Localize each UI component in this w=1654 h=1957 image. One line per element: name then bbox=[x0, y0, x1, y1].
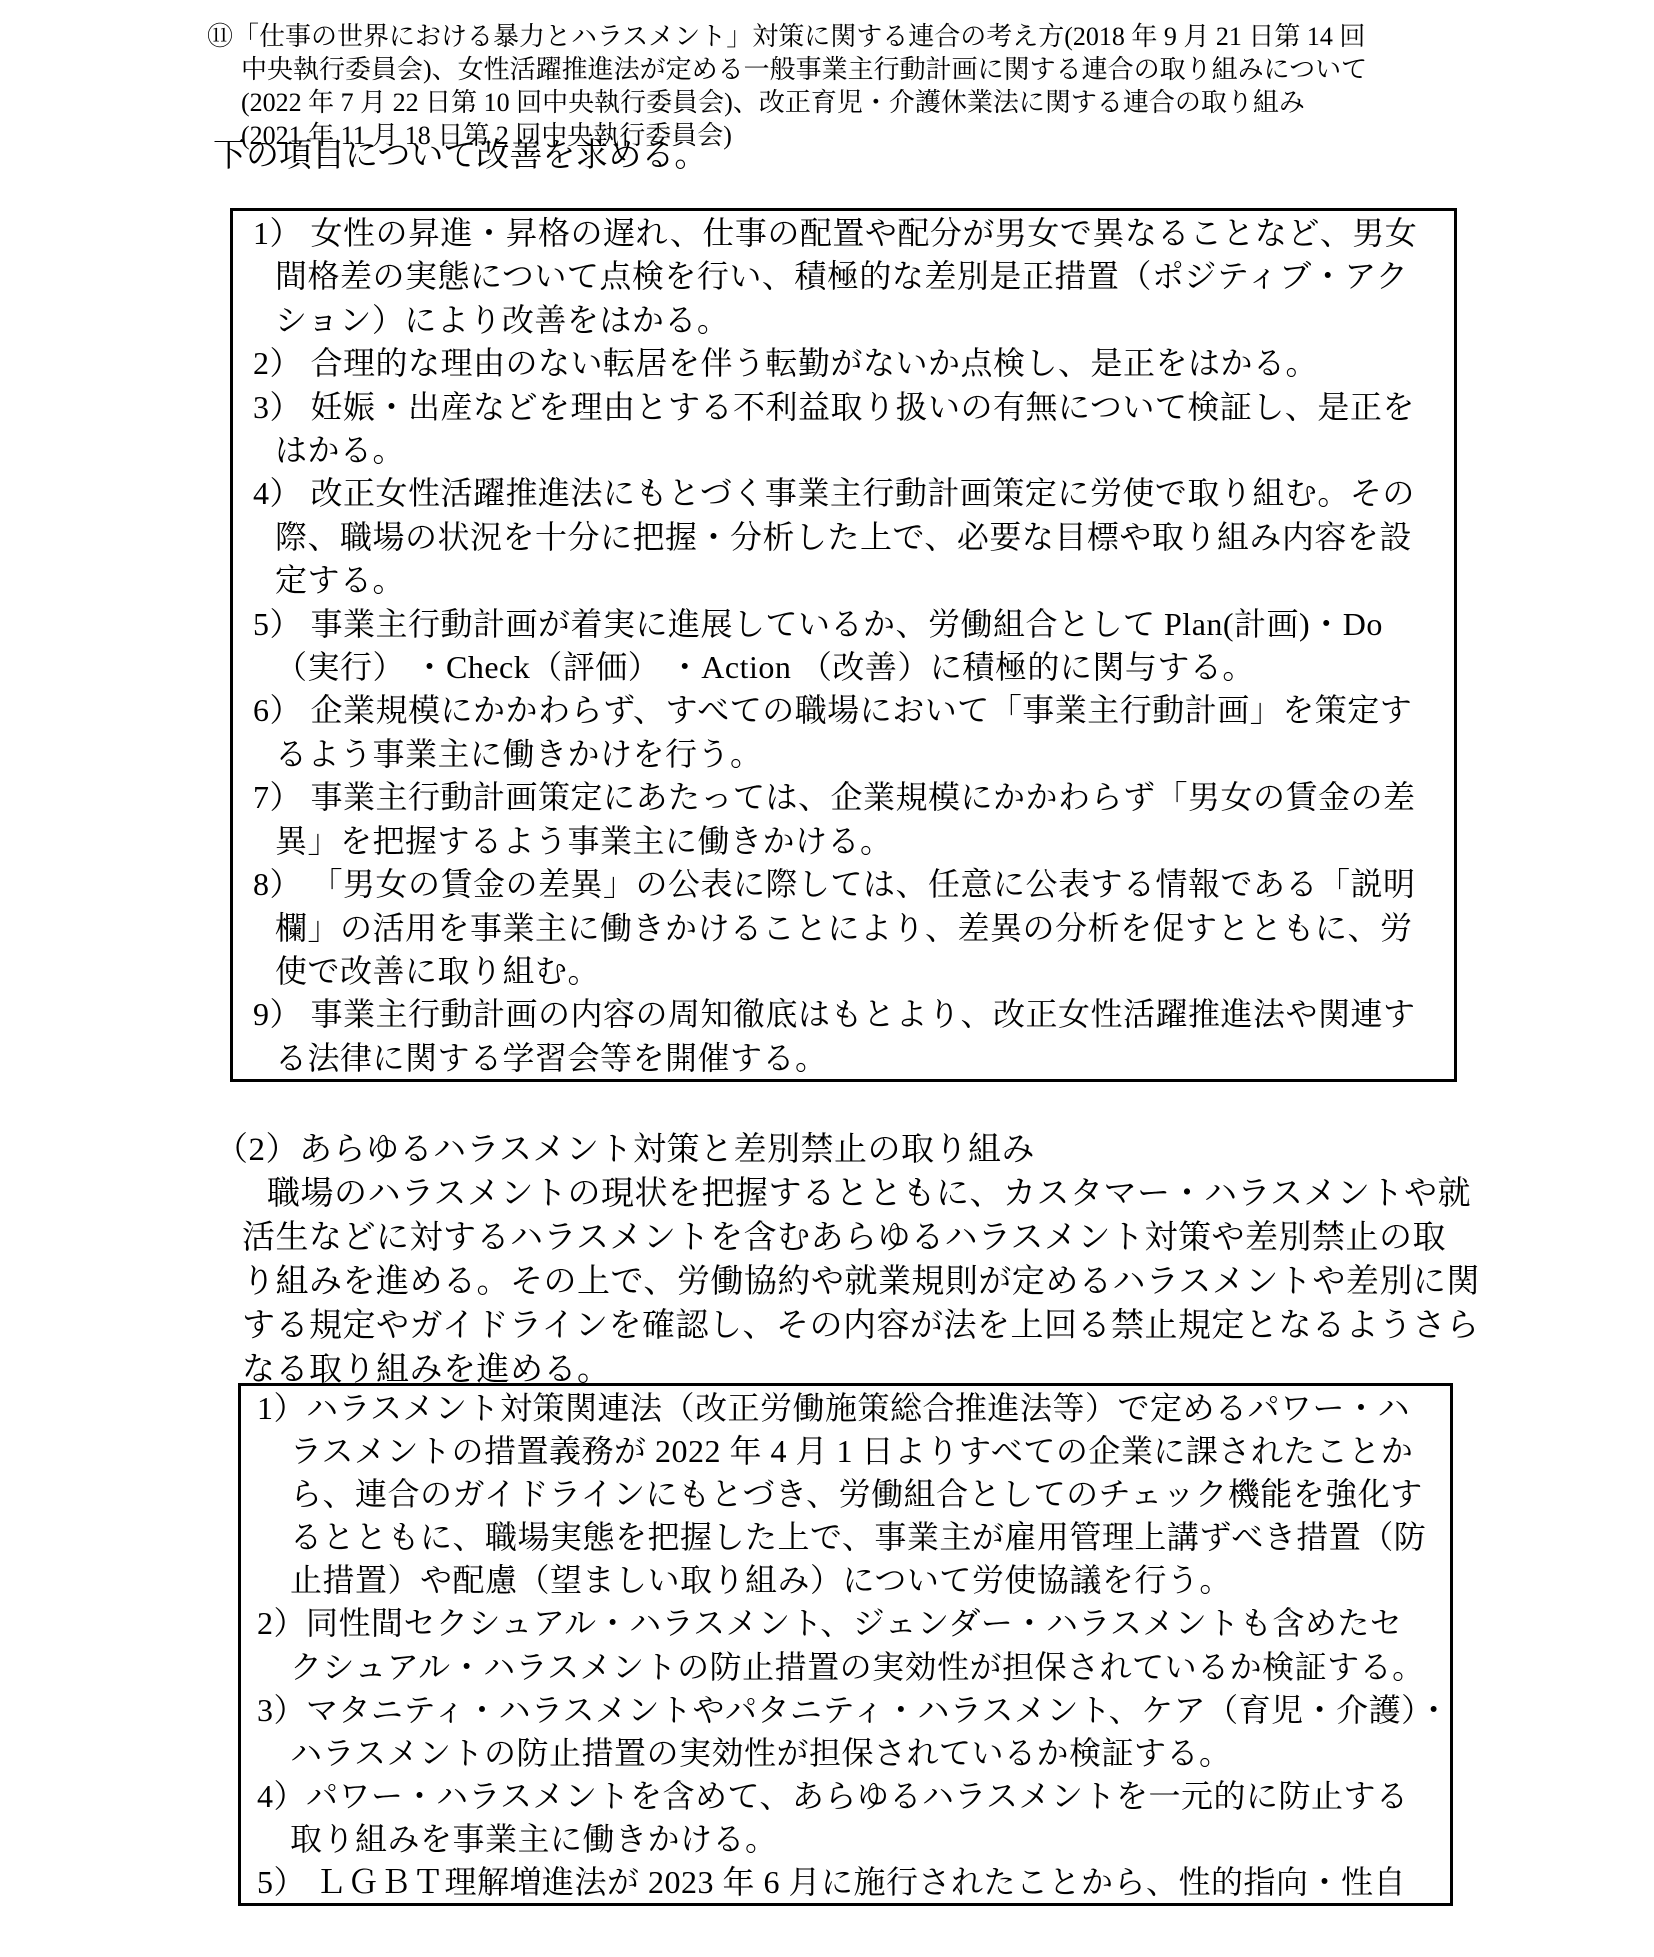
section-2-paragraph-line: り組みを進める。その上で、労働協約や就業規則が定めるハラスメントや差別に関 bbox=[242, 1260, 1480, 1304]
lead-sentence: 下の項目について改善を求める。 bbox=[213, 134, 707, 178]
box1-line: 2） 合理的な理由のない転居を伴う転勤がないか点検し、是正をはかる。 bbox=[253, 342, 1446, 385]
header-note-line: 中央執行委員会)、女性活躍推進法が定める一般事業主行動計画に関する連合の取り組み… bbox=[241, 53, 1367, 86]
box1-line: 使で改善に取り組む。 bbox=[253, 950, 1446, 993]
box1-line: 3） 妊娠・出産などを理由とする不利益取り扱いの有無について検証し、是正を bbox=[253, 386, 1446, 429]
box1-line: 7） 事業主行動計画策定にあたっては、企業規模にかかわらず「男女の賃金の差 bbox=[253, 776, 1446, 819]
box1-line: 欄」の活用を事業主に働きかけることにより、差異の分析を促すとともに、労 bbox=[253, 907, 1446, 950]
box2-line: ら、連合のガイドラインにもとづき、労働組合としてのチェック機能を強化す bbox=[257, 1473, 1444, 1516]
improvement-items-box: 1） 女性の昇進・昇格の遅れ、仕事の配置や配分が男女で異なることなど、男女 間格… bbox=[230, 208, 1457, 1082]
box2-line: るとともに、職場実態を把握した上で、事業主が雇用管理上講ずべき措置（防 bbox=[257, 1516, 1444, 1559]
section-2-paragraph-line: 職場のハラスメントの現状を把握するとともに、カスタマー・ハラスメントや就 bbox=[242, 1172, 1480, 1216]
box2-line: ラスメントの措置義務が 2022 年 4 月 1 日よりすべての企業に課されたこ… bbox=[257, 1430, 1444, 1473]
header-note-line: (2022 年 7 月 22 日第 10 回中央執行委員会)、改正育児・介護休業… bbox=[241, 86, 1367, 119]
header-note: ⑪「仕事の世界における暴力とハラスメント」対策に関する連合の考え方(2018 年… bbox=[241, 20, 1367, 152]
section-2-heading: （2）あらゆるハラスメント対策と差別禁止の取り組み bbox=[215, 1128, 1035, 1172]
harassment-items-box: 1）ハラスメント対策関連法（改正労働施策総合推進法等）で定めるパワー・ハ ラスメ… bbox=[238, 1383, 1453, 1906]
section-2-paragraph: 職場のハラスメントの現状を把握するとともに、カスタマー・ハラスメントや就 活生な… bbox=[242, 1172, 1480, 1392]
box1-line: る法律に関する学習会等を開催する。 bbox=[253, 1037, 1446, 1080]
box2-line: ハラスメントの防止措置の実効性が担保されているか検証する。 bbox=[257, 1732, 1444, 1775]
box1-line: 4） 改正女性活躍推進法にもとづく事業主行動計画策定に労使で取り組む。その bbox=[253, 472, 1446, 515]
box2-line: 止措置）や配慮（望ましい取り組み）について労使協議を行う。 bbox=[257, 1559, 1444, 1602]
box2-line: 5） ＬＧＢＴ理解増進法が 2023 年 6 月に施行されたことから、性的指向・… bbox=[257, 1861, 1444, 1904]
box1-line: はかる。 bbox=[253, 429, 1446, 472]
section-2-paragraph-line: 活生などに対するハラスメントを含むあらゆるハラスメント対策や差別禁止の取 bbox=[242, 1216, 1480, 1260]
box2-line: 2）同性間セクシュアル・ハラスメント、ジェンダー・ハラスメントも含めたセ bbox=[257, 1602, 1444, 1645]
box1-line: 間格差の実態について点検を行い、積極的な差別是正措置（ポジティブ・アク bbox=[253, 255, 1446, 298]
box2-line: 1）ハラスメント対策関連法（改正労働施策総合推進法等）で定めるパワー・ハ bbox=[257, 1387, 1444, 1430]
box1-line: るよう事業主に働きかけを行う。 bbox=[253, 733, 1446, 776]
box1-line: 1） 女性の昇進・昇格の遅れ、仕事の配置や配分が男女で異なることなど、男女 bbox=[253, 212, 1446, 255]
document-page: ⑪「仕事の世界における暴力とハラスメント」対策に関する連合の考え方(2018 年… bbox=[0, 0, 1654, 1957]
header-note-line: ⑪「仕事の世界における暴力とハラスメント」対策に関する連合の考え方(2018 年… bbox=[241, 20, 1367, 53]
box2-line: 取り組みを事業主に働きかける。 bbox=[257, 1818, 1444, 1861]
box2-line: 3）マタニティ・ハラスメントやパタニティ・ハラスメント、ケア（育児・介護）・ bbox=[257, 1689, 1444, 1732]
box1-line: 異」を把握するよう事業主に働きかける。 bbox=[253, 820, 1446, 863]
box2-line: 4）パワー・ハラスメントを含めて、あらゆるハラスメントを一元的に防止する bbox=[257, 1775, 1444, 1818]
box1-line: 5） 事業主行動計画が着実に進展しているか、労働組合として Plan(計画)・D… bbox=[253, 603, 1446, 646]
box1-line: ション）により改善をはかる。 bbox=[253, 299, 1446, 342]
section-2-paragraph-line: する規定やガイドラインを確認し、その内容が法を上回る禁止規定となるようさら bbox=[242, 1304, 1480, 1348]
box1-line: 際、職場の状況を十分に把握・分析した上で、必要な目標や取り組み内容を設 bbox=[253, 516, 1446, 559]
box1-line: 9） 事業主行動計画の内容の周知徹底はもとより、改正女性活躍推進法や関連す bbox=[253, 993, 1446, 1036]
box1-line: 6） 企業規模にかかわらず、すべての職場において「事業主行動計画」を策定す bbox=[253, 689, 1446, 732]
box2-line: クシュアル・ハラスメントの防止措置の実効性が担保されているか検証する。 bbox=[257, 1646, 1444, 1689]
box1-line: （実行） ・Check（評価） ・Action （改善）に積極的に関与する。 bbox=[253, 646, 1446, 689]
box1-line: 8） 「男女の賃金の差異」の公表に際しては、任意に公表する情報である「説明 bbox=[253, 863, 1446, 906]
box1-line: 定する。 bbox=[253, 559, 1446, 602]
